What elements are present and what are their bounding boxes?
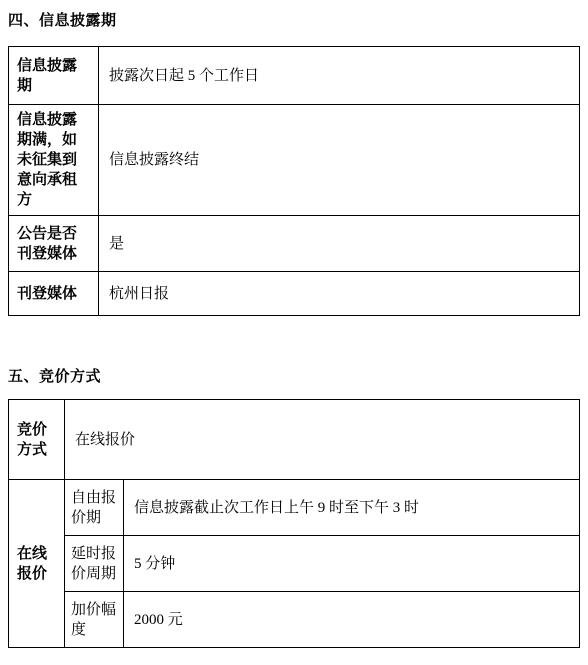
- table-row: 信息披露期 披露次日起 5 个工作日: [9, 47, 580, 105]
- row-label-period-expired: 信息披露期满，如未征集到意向承租方: [9, 105, 99, 216]
- row-value-bidding-method: 在线报价: [65, 400, 580, 480]
- group-label-online-quote: 在线报价: [9, 480, 65, 648]
- table-row: 刊登媒体 杭州日报: [9, 272, 580, 316]
- sub-value-increment: 2000 元: [124, 592, 580, 648]
- sub-label-overtime-cycle: 延时报价周期: [65, 536, 124, 592]
- row-label-media-name: 刊登媒体: [9, 272, 99, 316]
- sub-label-free-quote-period: 自由报价期: [65, 480, 124, 536]
- section-heading-disclosure-period: 四、信息披露期: [8, 12, 580, 31]
- table-row: 加价幅度 2000 元: [9, 592, 580, 648]
- sub-value-free-quote-period: 信息披露截止次工作日上午 9 时至下午 3 时: [124, 480, 580, 536]
- table-row: 公告是否刊登媒体 是: [9, 216, 580, 272]
- row-label-bidding-method: 竞价方式: [9, 400, 65, 480]
- row-label-media-published: 公告是否刊登媒体: [9, 216, 99, 272]
- table-row: 在线报价 自由报价期 信息披露截止次工作日上午 9 时至下午 3 时: [9, 480, 580, 536]
- row-value-disclosure-period: 披露次日起 5 个工作日: [99, 47, 580, 105]
- row-label-disclosure-period: 信息披露期: [9, 47, 99, 105]
- sub-value-overtime-cycle: 5 分钟: [124, 536, 580, 592]
- row-value-media-name: 杭州日报: [99, 272, 580, 316]
- row-value-period-expired: 信息披露终结: [99, 105, 580, 216]
- table-row: 延时报价周期 5 分钟: [9, 536, 580, 592]
- info-disclosure-table: 信息披露期 披露次日起 5 个工作日 信息披露期满，如未征集到意向承租方 信息披…: [8, 46, 580, 316]
- row-value-media-published: 是: [99, 216, 580, 272]
- section-heading-bidding-method: 五、竞价方式: [8, 368, 580, 387]
- table-row: 信息披露期满，如未征集到意向承租方 信息披露终结: [9, 105, 580, 216]
- sub-label-increment: 加价幅度: [65, 592, 124, 648]
- document-page: 四、信息披露期 信息披露期 披露次日起 5 个工作日 信息披露期满，如未征集到意…: [0, 0, 588, 648]
- table-row: 竞价方式 在线报价: [9, 400, 580, 480]
- bidding-method-table: 竞价方式 在线报价 在线报价 自由报价期 信息披露截止次工作日上午 9 时至下午…: [8, 399, 580, 648]
